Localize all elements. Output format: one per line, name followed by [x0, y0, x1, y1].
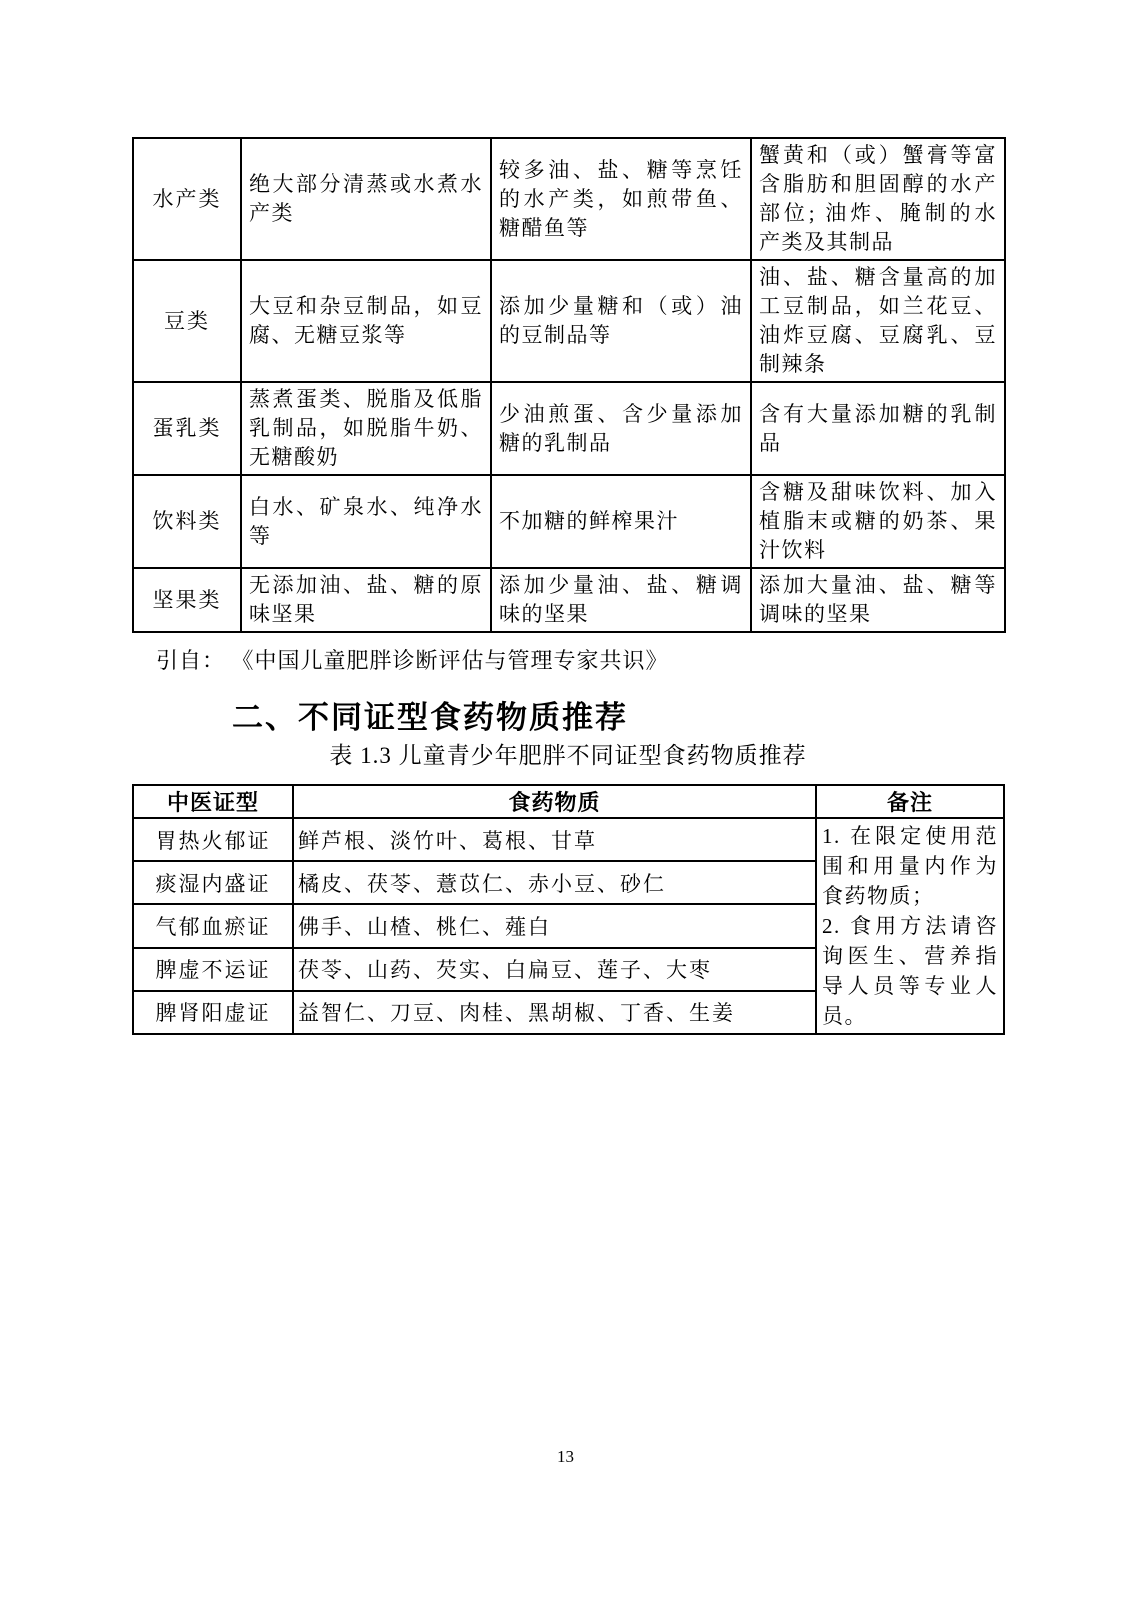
restricted-cell: 蟹黄和（或）蟹膏等富含脂肪和胆固醇的水产部位; 油炸、腌制的水产类及其制品: [751, 138, 1005, 260]
substances-cell: 茯苓、山药、芡实、白扁豆、莲子、大枣: [293, 948, 816, 991]
category-cell: 饮料类: [133, 475, 241, 568]
restricted-cell: 添加大量油、盐、糖等调味的坚果: [751, 568, 1005, 632]
table-row: 水产类 绝大部分清蒸或水煮水产类 较多油、盐、糖等烹饪的水产类，如煎带鱼、糖醋鱼…: [133, 138, 1005, 260]
recommended-cell: 无添加油、盐、糖的原味坚果: [241, 568, 491, 632]
category-cell: 坚果类: [133, 568, 241, 632]
recommended-cell: 白水、矿泉水、纯净水等: [241, 475, 491, 568]
table-row: 坚果类 无添加油、盐、糖的原味坚果 添加少量油、盐、糖调味的坚果 添加大量油、盐…: [133, 568, 1005, 632]
section-heading: 二、不同证型食药物质推荐: [232, 697, 1004, 739]
table-row: 饮料类 白水、矿泉水、纯净水等 不加糖的鲜榨果汁 含糖及甜味饮料、加入植脂末或糖…: [133, 475, 1005, 568]
category-cell: 蛋乳类: [133, 382, 241, 475]
restricted-cell: 含糖及甜味饮料、加入植脂末或糖的奶茶、果汁饮料: [751, 475, 1005, 568]
citation-line: 引自： 《中国儿童肥胖诊断评估与管理专家共识》: [156, 647, 1004, 675]
table-row: 胃热火郁证 鲜芦根、淡竹叶、葛根、甘草 1. 在限定使用范围和用量内作为食药物质…: [133, 818, 1004, 861]
note-line: 1. 在限定使用范围和用量内作为食药物质；: [822, 821, 998, 911]
category-cell: 豆类: [133, 260, 241, 382]
syndrome-cell: 气郁血瘀证: [133, 904, 293, 947]
restricted-cell: 含有大量添加糖的乳制品: [751, 382, 1005, 475]
recommended-cell: 绝大部分清蒸或水煮水产类: [241, 138, 491, 260]
substances-cell: 佛手、山楂、桃仁、薤白: [293, 904, 816, 947]
notes-cell: 1. 在限定使用范围和用量内作为食药物质； 2. 食用方法请咨询医生、营养指导人…: [816, 818, 1004, 1034]
syndrome-cell: 痰湿内盛证: [133, 861, 293, 904]
limited-cell: 较多油、盐、糖等烹饪的水产类，如煎带鱼、糖醋鱼等: [491, 138, 751, 260]
substances-cell: 鲜芦根、淡竹叶、葛根、甘草: [293, 818, 816, 861]
limited-cell: 不加糖的鲜榨果汁: [491, 475, 751, 568]
syndrome-substances-table: 中医证型 食药物质 备注 胃热火郁证 鲜芦根、淡竹叶、葛根、甘草 1. 在限定使…: [132, 784, 1005, 1035]
syndrome-cell: 脾虚不运证: [133, 948, 293, 991]
limited-cell: 少油煎蛋、含少量添加糖的乳制品: [491, 382, 751, 475]
page-number: 13: [0, 1447, 1131, 1467]
syndrome-cell: 脾肾阳虚证: [133, 991, 293, 1034]
column-header-notes: 备注: [816, 785, 1004, 818]
recommended-cell: 大豆和杂豆制品，如豆腐、无糖豆浆等: [241, 260, 491, 382]
restricted-cell: 油、盐、糖含量高的加工豆制品，如兰花豆、油炸豆腐、豆腐乳、豆制辣条: [751, 260, 1005, 382]
limited-cell: 添加少量油、盐、糖调味的坚果: [491, 568, 751, 632]
limited-cell: 添加少量糖和（或）油的豆制品等: [491, 260, 751, 382]
column-header-syndrome: 中医证型: [133, 785, 293, 818]
note-line: 2. 食用方法请咨询医生、营养指导人员等专业人员。: [822, 911, 998, 1031]
food-category-table: 水产类 绝大部分清蒸或水煮水产类 较多油、盐、糖等烹饪的水产类，如煎带鱼、糖醋鱼…: [132, 137, 1006, 633]
substances-cell: 橘皮、茯苓、薏苡仁、赤小豆、砂仁: [293, 861, 816, 904]
column-header-substances: 食药物质: [293, 785, 816, 818]
table-row: 蛋乳类 蒸煮蛋类、脱脂及低脂乳制品，如脱脂牛奶、无糖酸奶 少油煎蛋、含少量添加糖…: [133, 382, 1005, 475]
header-row: 中医证型 食药物质 备注: [133, 785, 1004, 818]
recommended-cell: 蒸煮蛋类、脱脂及低脂乳制品，如脱脂牛奶、无糖酸奶: [241, 382, 491, 475]
table-caption: 表 1.3 儿童青少年肥胖不同证型食药物质推荐: [132, 741, 1004, 771]
page-content: 水产类 绝大部分清蒸或水煮水产类 较多油、盐、糖等烹饪的水产类，如煎带鱼、糖醋鱼…: [132, 137, 1004, 1035]
table-row: 豆类 大豆和杂豆制品，如豆腐、无糖豆浆等 添加少量糖和（或）油的豆制品等 油、盐…: [133, 260, 1005, 382]
substances-cell: 益智仁、刀豆、肉桂、黑胡椒、丁香、生姜: [293, 991, 816, 1034]
syndrome-cell: 胃热火郁证: [133, 818, 293, 861]
category-cell: 水产类: [133, 138, 241, 260]
